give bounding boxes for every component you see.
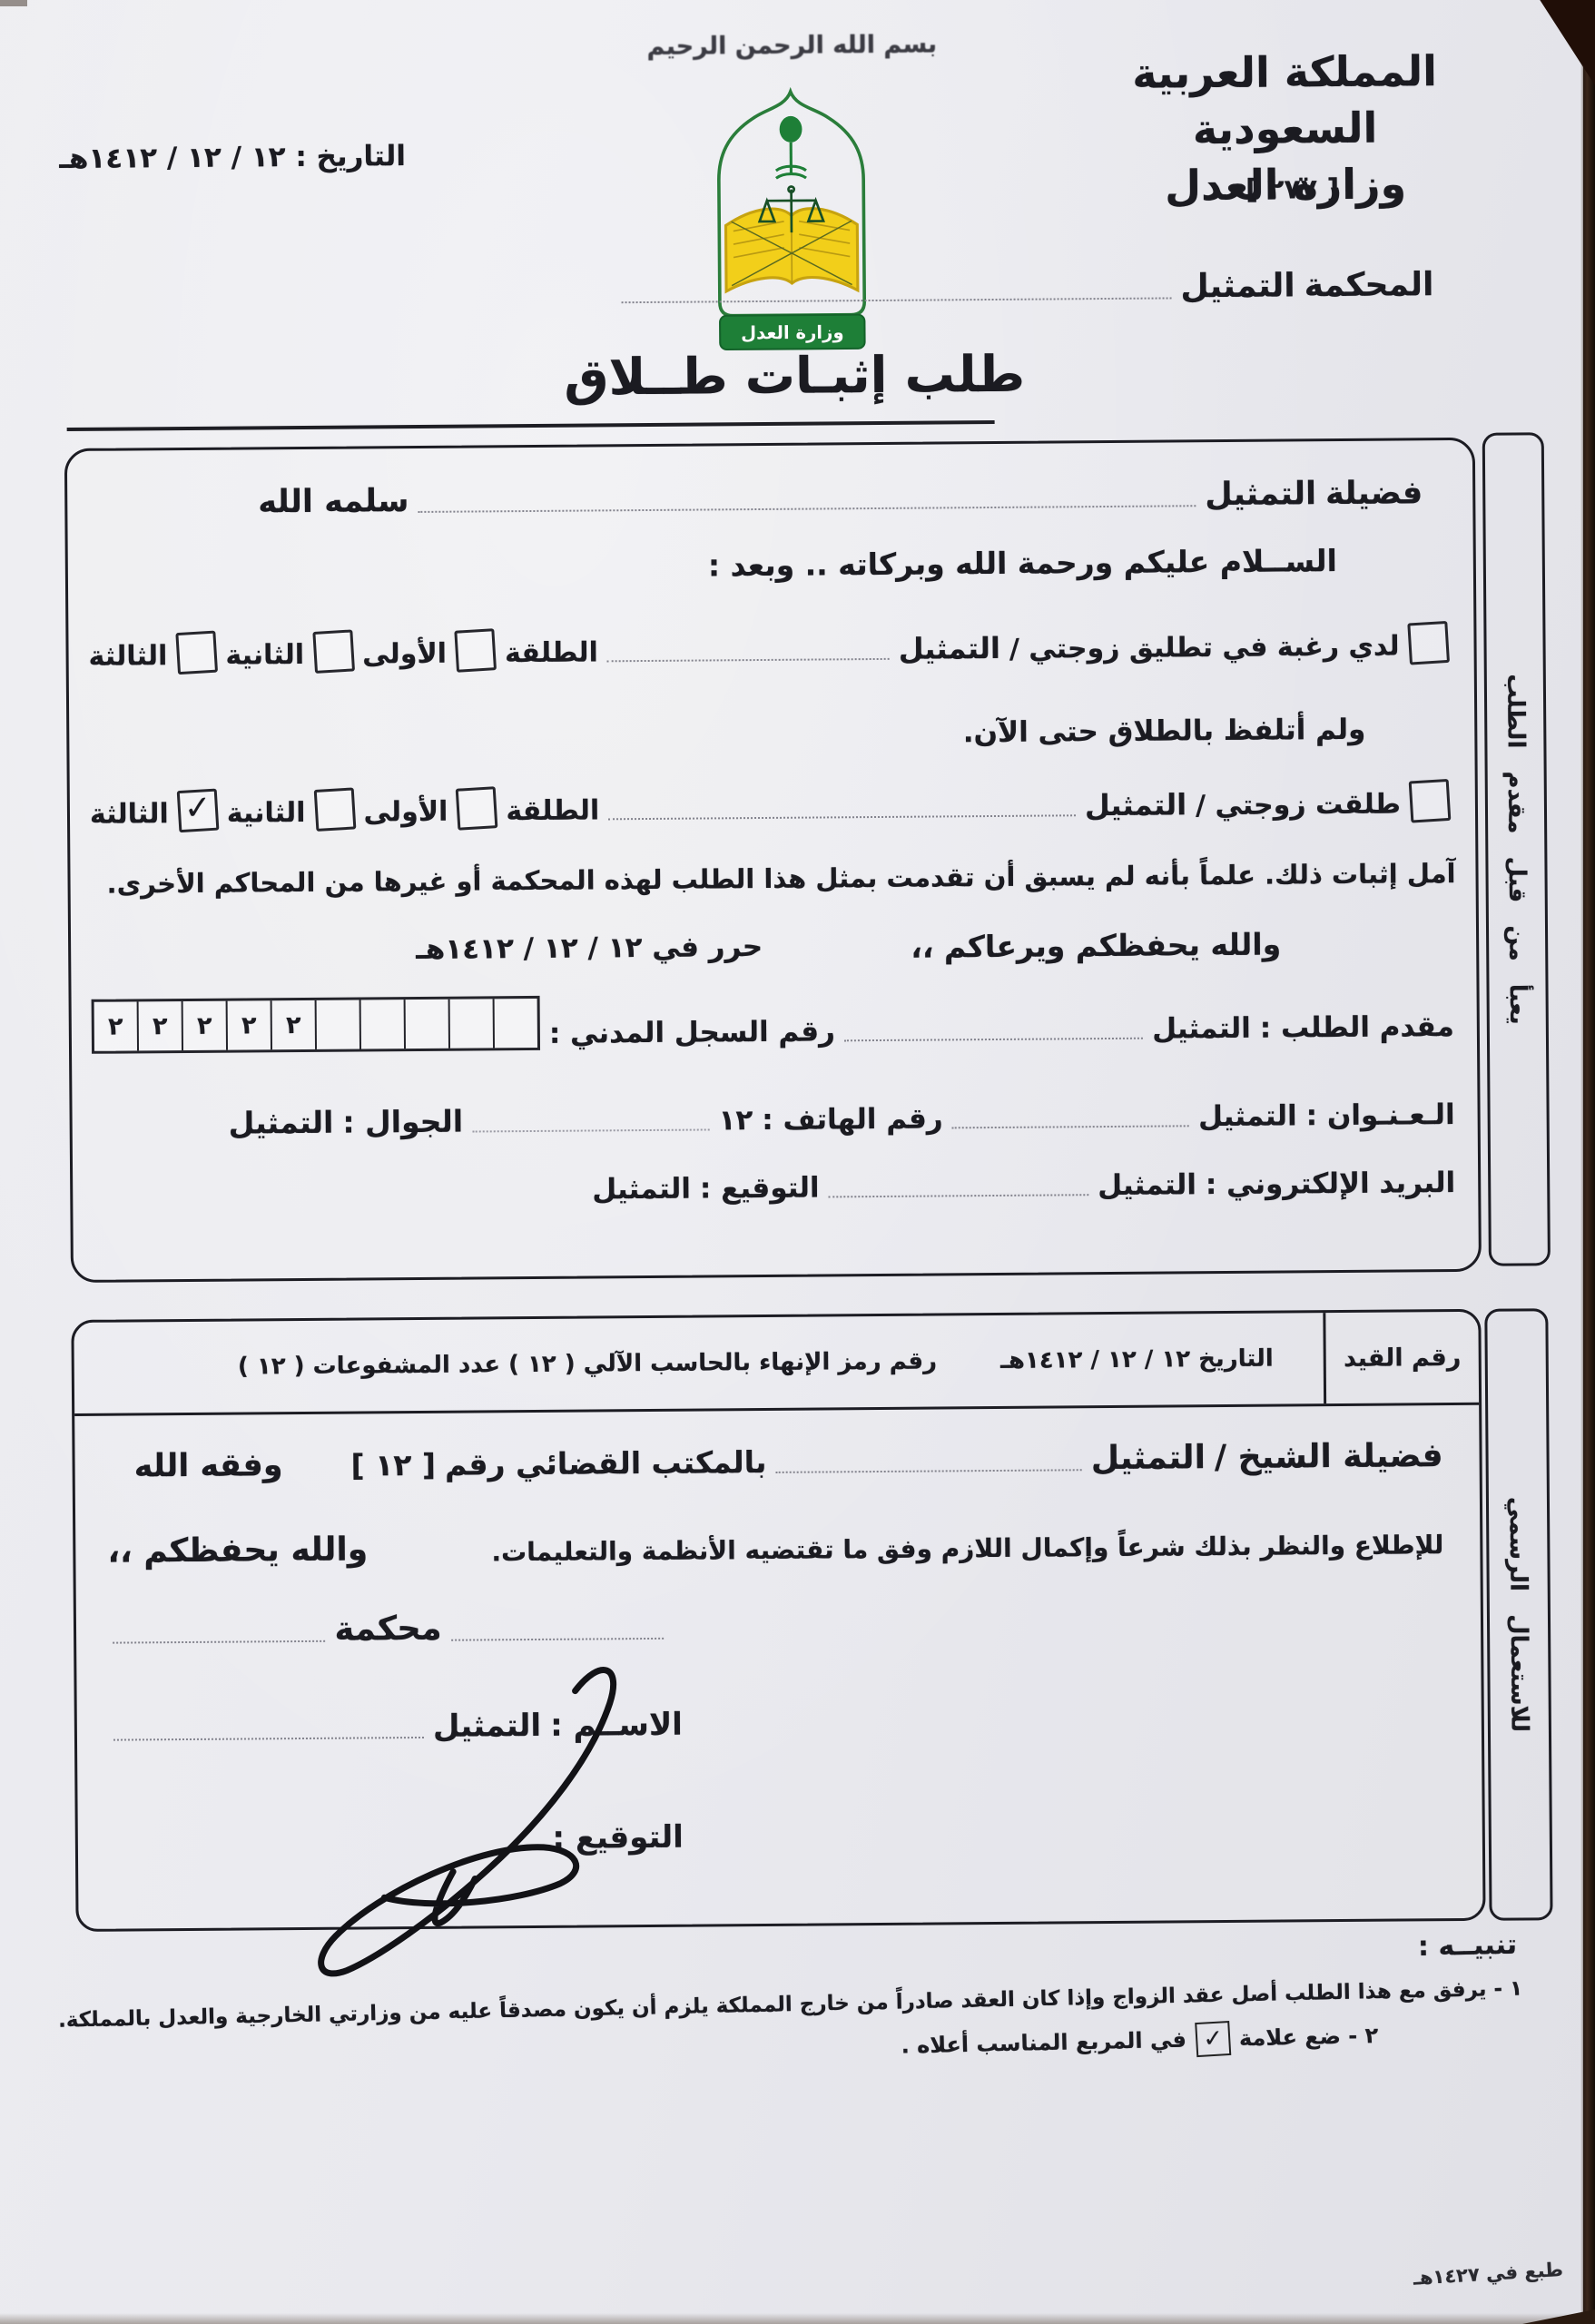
- addressee-row: فضيلة التمثيل سلمه الله: [258, 475, 1423, 520]
- mobile-label: الجوال :: [342, 1104, 463, 1140]
- notice-2-prefix: ٢ - ضع علامة: [1239, 2023, 1379, 2051]
- official-header-row: رقم القيد التاريخ ١٢ / ١٢ / ١٤١٢هـ رقم ر…: [74, 1312, 1479, 1416]
- instruction-text: للإطلاع والنظر بذلك شرعاً وإكمال اللازم …: [491, 1530, 1443, 1567]
- option1-fill-line: [607, 658, 890, 662]
- sidebar-strip-applicant: يعبأ من قبل مقدم الطلب: [1482, 432, 1551, 1266]
- checkbox-third-2-checked[interactable]: ✓: [176, 789, 219, 833]
- civil-registry-grid: ٢ ٢ ٢ ٢ ٢: [92, 996, 540, 1054]
- office-number: [ ١٢ ]: [350, 1447, 436, 1483]
- civil-reg-cell[interactable]: [315, 1000, 359, 1049]
- court-fill-right: [451, 1638, 664, 1641]
- email-row: البريد الإلكتروني : التمثيل التوقيع : ال…: [93, 1167, 1455, 1210]
- addressee-label: فضيلة: [1325, 475, 1423, 512]
- applicant-box: فضيلة التمثيل سلمه الله الســلام عليكم و…: [64, 438, 1482, 1283]
- closing-code: رقم رمز الإنهاء بالحاسب الآلي ( ١٢ ) عدد…: [238, 1347, 937, 1380]
- civil-reg-cell[interactable]: [359, 1000, 404, 1049]
- sheikh-honorific: وفقه الله: [133, 1447, 282, 1484]
- checkbox-first-1[interactable]: [455, 628, 497, 673]
- phone-value: ١٢: [718, 1104, 753, 1137]
- option2-row: طلقت زوجتي / التمثيل الطلقة الأولى الثان…: [90, 778, 1450, 831]
- address-value: التمثيل: [1198, 1099, 1297, 1133]
- civil-reg-cell[interactable]: [493, 999, 537, 1048]
- address-row: الـعـنـوان : التمثيل رقم الهاتف : ١٢ الج…: [93, 1096, 1455, 1142]
- checkmark-icon: ✓: [183, 792, 212, 826]
- checkbox-third-1[interactable]: [175, 631, 218, 675]
- checkbox-divorced[interactable]: [1409, 779, 1452, 823]
- court-fill-left: [113, 1640, 325, 1644]
- record-number-label: رقم القيد: [1323, 1312, 1479, 1403]
- civil-reg-cell[interactable]: ٢: [182, 1001, 226, 1050]
- checkbox-second-2[interactable]: [313, 787, 356, 832]
- option2-value: التمثيل: [1085, 787, 1186, 822]
- civil-reg-cell[interactable]: ٢: [271, 1000, 315, 1049]
- court-label: المحكمة: [1304, 266, 1433, 304]
- option1-text: لدي رغبة في تطليق زوجتي /: [1009, 630, 1400, 665]
- closing-line: والله يحفظكم ويرعاكم ،،: [911, 927, 1281, 965]
- email-fill-line: [829, 1194, 1089, 1197]
- sample-checked-box: ✓: [1195, 2021, 1231, 2057]
- sidebar-strip-official: للاستعمال الرسمي: [1484, 1308, 1552, 1921]
- scan-edge-bottom: [0, 2313, 1595, 2324]
- mobile-value: التمثيل: [228, 1105, 333, 1141]
- applicant-row: مقدم الطلب : التمثيل رقم السجل المدني : …: [92, 989, 1454, 1054]
- court-fill-line: [622, 297, 1172, 303]
- option1-row: لدي رغبة في تطليق زوجتي / التمثيل الطلقة…: [88, 620, 1448, 673]
- checkbox-first-2[interactable]: [456, 786, 498, 831]
- sheikh-value: التمثيل: [1091, 1439, 1206, 1477]
- talqa-first-2: الأولى: [363, 796, 448, 829]
- addressee-value: التمثيل: [1205, 476, 1316, 513]
- checkmark-icon: ✓: [1202, 2024, 1223, 2053]
- official-date: التاريخ ١٢ / ١٢ / ١٤١٢هـ: [1000, 1345, 1274, 1374]
- title-rule: [67, 420, 995, 431]
- civil-reg-cell[interactable]: ٢: [226, 1000, 271, 1049]
- address-fill-line: [952, 1125, 1189, 1128]
- email-label: البريد الإلكتروني :: [1206, 1167, 1456, 1201]
- sidebar-official-text: للاستعمال الرسمي: [1504, 1497, 1533, 1733]
- civil-reg-cell[interactable]: ٢: [94, 1001, 137, 1050]
- form-content: التاريخ : ١٢ / ١٢ / ١٤١٢هـ بسم الله الرح…: [0, 0, 1595, 2324]
- court-name-row: المحكمة التمثيل: [621, 266, 1433, 310]
- scan-edge-right: [1580, 0, 1595, 2324]
- ministry-emblem: وزارة العدل: [676, 84, 907, 358]
- talqa-third-1: الثالثة: [88, 640, 167, 673]
- sidebar-applicant-text: يعبأ من قبل مقدم الطلب: [1501, 674, 1531, 1025]
- page-title: طلب إثبـات طــلاق: [477, 344, 1112, 407]
- court-row: محكمة: [113, 1607, 664, 1650]
- kingdom-title: المملكة العربية السعودية: [1037, 42, 1532, 158]
- signature1-label: التوقيع :: [700, 1172, 820, 1206]
- address-label: الـعـنـوان :: [1306, 1098, 1455, 1132]
- signature1-value: التمثيل: [592, 1173, 691, 1206]
- applicant-value: التمثيل: [1152, 1012, 1251, 1046]
- greeting-line: الســلام عليكم ورحمة الله وبركاته .. وبع…: [708, 543, 1337, 583]
- sheikh-label: فضيلة الشيخ /: [1215, 1437, 1443, 1476]
- confirmation-line: آمل إثبات ذلك. علماً بأنه لم يسبق أن تقد…: [90, 858, 1455, 900]
- instruction-row: للإطلاع والنظر بذلك شرعاً وإكمال اللازم …: [107, 1522, 1443, 1571]
- court-value: التمثيل: [1180, 267, 1295, 305]
- option1-value: التمثيل: [899, 631, 1000, 666]
- talqa-label-1: الطلقة: [505, 636, 598, 669]
- sheikh-row: فضيلة الشيخ / التمثيل بالمكتب القضائي رق…: [102, 1437, 1442, 1485]
- bismillah-text: بسم الله الرحمن الرحيم: [628, 30, 955, 61]
- palm-swords-icon: [775, 116, 806, 179]
- email-value: التمثيل: [1098, 1168, 1196, 1202]
- civil-reg-cell[interactable]: [404, 1000, 448, 1049]
- phone-label: رقم الهاتف :: [762, 1102, 943, 1137]
- print-date-footer: طبع في ١٤٢٧هـ: [1413, 2259, 1564, 2290]
- civil-reg-cell[interactable]: ٢: [137, 1001, 182, 1050]
- notice-2-suffix: في المربع المناسب أعلاه .: [901, 2027, 1186, 2059]
- date-field: التاريخ : ١٢ / ١٢ / ١٤١٢هـ: [59, 140, 406, 175]
- talqa-label-2: الطلقة: [506, 794, 599, 827]
- official-closing: والله يحفظكم ،،: [107, 1531, 368, 1570]
- addressee-fill-line: [418, 505, 1196, 513]
- option1-note: ولم أتلفظ بالطلاق حتى الآن.: [963, 714, 1366, 749]
- talqa-third-2: الثالثة: [90, 798, 169, 831]
- checkbox-second-1[interactable]: [312, 629, 355, 674]
- scan-corner-top-left: [0, 0, 27, 6]
- issued-date: حرر في ١٢ / ١٢ / ١٤١٢هـ: [416, 931, 763, 966]
- applicant-fill-line: [844, 1038, 1143, 1042]
- form-number: [ ٢٧٧ ]: [1201, 173, 1383, 207]
- handwritten-signature: [237, 1649, 694, 2007]
- office-label: بالمكتب القضائي رقم: [445, 1444, 767, 1482]
- talqa-first-1: الأولى: [362, 638, 447, 671]
- emblem-banner-text: وزارة العدل: [741, 322, 844, 344]
- civil-reg-cell[interactable]: [448, 999, 493, 1048]
- option2-text: طلقت زوجتي /: [1196, 788, 1401, 822]
- spacer: [93, 1141, 220, 1142]
- addressee-honorific: سلمه الله: [258, 483, 409, 520]
- spacer: [93, 1206, 583, 1210]
- checkbox-wish-to-divorce[interactable]: [1407, 621, 1450, 665]
- phone-fill-line: [472, 1128, 709, 1132]
- talqa-second-2: الثانية: [227, 797, 306, 830]
- talqa-second-1: الثانية: [225, 639, 304, 672]
- sheikh-fill-line: [776, 1469, 1082, 1473]
- applicant-label: مقدم الطلب :: [1260, 1010, 1454, 1045]
- civil-reg-label: رقم السجل المدني :: [549, 1015, 835, 1049]
- official-header-text: التاريخ ١٢ / ١٢ / ١٤١٢هـ رقم رمز الإنهاء…: [74, 1313, 1324, 1413]
- court-word: محكمة: [334, 1609, 442, 1649]
- option2-fill-line: [608, 814, 1076, 820]
